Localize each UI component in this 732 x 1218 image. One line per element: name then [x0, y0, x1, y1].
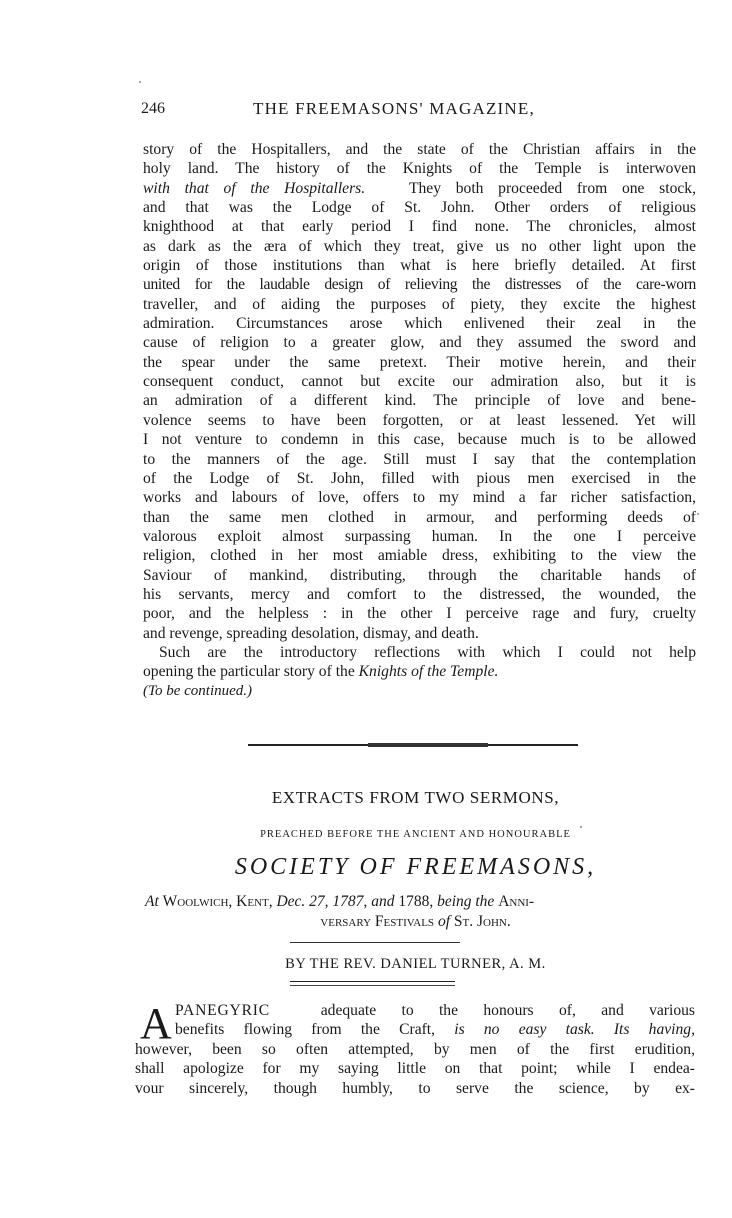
occasion-line-1: At Woolwich, Kent, Dec. 27, 1787, and 17…	[133, 892, 698, 912]
to-be-continued-note: (To be continued.)	[143, 682, 696, 701]
occasion-and: and	[371, 893, 394, 910]
text-line: his servants, mercy and comfort to the d…	[143, 585, 696, 604]
text-line: of the Lodge of St. John, filled with pi…	[143, 469, 696, 488]
text-line: with that of the Hospitallers. They both…	[143, 179, 696, 198]
italic-phrase: with that of the Hospitallers.	[143, 180, 365, 197]
text-line: the spear under the same pretext. Their …	[143, 353, 696, 372]
occasion-of: of	[438, 913, 450, 930]
occasion-at: At	[145, 893, 159, 910]
text-line: consequent conduct, cannot but excite ou…	[143, 372, 696, 391]
text-line: holy land. The history of the Knights of…	[143, 159, 696, 178]
text-line: and that was the Lodge of St. John. Othe…	[143, 198, 696, 217]
text-line: poor, and the helpless : in the other I …	[143, 604, 696, 623]
author-byline: BY THE REV. DANIEL TURNER, A. M.	[133, 956, 698, 973]
text-line: as dark as the æra of which they treat, …	[143, 237, 696, 256]
article-subtitle: PREACHED BEFORE THE ANCIENT AND HONOURAB…	[133, 829, 698, 840]
opening-caps: PANEGYRIC	[175, 1002, 270, 1019]
text-line: opening the particular story of the Knig…	[143, 662, 696, 681]
text-line: traveller, and of aiding the purposes of…	[143, 295, 696, 314]
text-line: however, been so often attempted, by men…	[135, 1040, 695, 1059]
occasion-date: Dec. 27, 1787,	[276, 893, 367, 910]
running-head: 246 THE FREEMASONS' MAGAZINE,	[133, 100, 698, 124]
text-line: PANEGYRIC adequate to the honours of, an…	[135, 1001, 695, 1020]
text-line: shall apologize for my saying little on …	[135, 1059, 695, 1078]
text-line: I not venture to condemn in this case, b…	[143, 430, 696, 449]
occasion-year: 1788,	[398, 893, 433, 910]
italic-phrase: Knights of the Temple.	[359, 663, 499, 680]
text-line: an admiration of a different kind. The p…	[143, 391, 696, 410]
text-line: origin of those institutions than what i…	[143, 256, 696, 275]
sermon-opening: A PANEGYRIC adequate to the honours of, …	[135, 1001, 695, 1098]
print-speck	[139, 81, 141, 83]
text-fragment: adequate to the honours of, and various	[321, 1002, 695, 1019]
print-speck	[580, 826, 582, 828]
text-fragment: opening the particular story of the	[143, 663, 359, 680]
article-title: EXTRACTS FROM TWO SERMONS,	[133, 788, 698, 808]
society-heading: SOCIETY OF FREEMASONS,	[133, 854, 698, 881]
text-fragment: They both proceeded from one stock,	[365, 180, 696, 197]
drop-cap-letter: A	[140, 1004, 172, 1044]
occasion-being: being the	[437, 893, 494, 910]
byline-top-rule	[290, 942, 460, 943]
page-number: 246	[141, 100, 165, 118]
text-line: cause of religion to a greater glow, and…	[143, 333, 696, 352]
journal-title: THE FREEMASONS' MAGAZINE,	[253, 99, 535, 119]
text-line: Saviour of mankind, distributing, throug…	[143, 566, 696, 585]
occasion-place: Woolwich, Kent,	[163, 893, 273, 910]
text-line: religion, clothed in her most amiable dr…	[143, 546, 696, 565]
text-line: works and labours of love, offers to my …	[143, 488, 696, 507]
text-line: knighthood at that early period I find n…	[143, 217, 696, 236]
text-line: united for the laudable design of reliev…	[143, 275, 696, 294]
text-line: valorous exploit almost surpassing human…	[143, 527, 696, 546]
text-line: benefits flowing from the Craft, is no e…	[135, 1020, 695, 1039]
text-line: vour sincerely, though humbly, to serve …	[135, 1079, 695, 1098]
occasion-festivals: versary Festivals	[320, 913, 434, 930]
article-continuation: story of the Hospitallers, and the state…	[143, 140, 696, 701]
text-line: admiration. Circumstances arose which en…	[143, 314, 696, 333]
text-line: than the same men clothed in armour, and…	[143, 508, 696, 527]
text-line: Such are the introductory reflections wi…	[143, 643, 696, 662]
italic-phrase: is no easy task. Its having,	[454, 1021, 695, 1038]
section-divider-rule	[248, 744, 578, 746]
occasion-line: At Woolwich, Kent, Dec. 27, 1787, and 17…	[133, 892, 698, 932]
print-speck	[697, 513, 699, 515]
byline-bottom-rule	[290, 981, 455, 986]
occasion-line-2: versary Festivals of St. John.	[133, 912, 698, 932]
text-line: to the manners of the age. Still must I …	[143, 450, 696, 469]
text-line: volence seems to have been forgotten, or…	[143, 411, 696, 430]
occasion-anni: Anni-	[498, 893, 534, 910]
occasion-saint: St. John.	[454, 913, 511, 930]
text-line: and revenge, spreading desolation, disma…	[143, 624, 696, 643]
text-line: story of the Hospitallers, and the state…	[143, 140, 696, 159]
text-fragment: benefits flowing from the Craft,	[175, 1021, 454, 1038]
